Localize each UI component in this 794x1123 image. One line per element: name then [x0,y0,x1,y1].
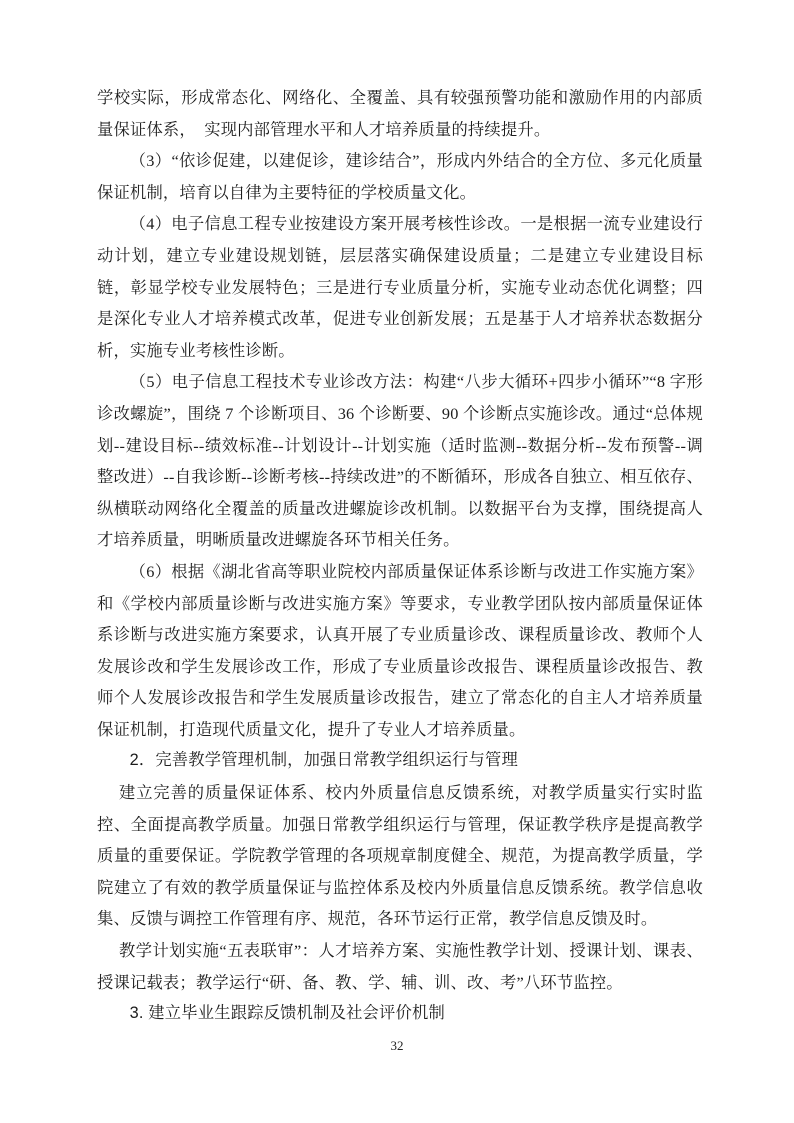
paragraph-item-4: （4）电子信息工程专业按建设方案开展考核性诊改。一是根据一流专业建设行动计划，建… [97,208,703,366]
page-number: 32 [0,1038,794,1054]
document-body: 学校实际，形成常态化、网络化、全覆盖、具有较强预警功能和激励作用的内部质量保证体… [97,82,703,1030]
paragraph-teaching-plan: 教学计划实施“五表联审”：人才培养方案、实施性教学计划、授课计划、课表、授课记载… [97,935,703,998]
document-page: 学校实际，形成常态化、网络化、全覆盖、具有较强预警功能和激励作用的内部质量保证体… [0,0,794,1123]
paragraph-continuation: 学校实际，形成常态化、网络化、全覆盖、具有较强预警功能和激励作用的内部质量保证体… [97,82,703,145]
section-heading-2: 2．完善教学管理机制，加强日常教学组织运行与管理 [97,745,703,777]
paragraph-item-6: （6）根据《湖北省高等职业院校内部质量保证体系诊断与改进工作实施方案》和《学校内… [97,556,703,746]
paragraph-item-3: （3）“依诊促建，以建促诊，建诊结合”，形成内外结合的全方位、多元化质量保证机制… [97,145,703,208]
paragraph-item-5: （5）电子信息工程技术专业诊改方法：构建“八步大循环+四步小循环”“8 字形诊改… [97,366,703,556]
section-heading-3: 3. 建立毕业生跟踪反馈机制及社会评价机制 [97,998,703,1030]
paragraph-quality-system: 建立完善的质量保证体系、校内外质量信息反馈系统，对教学质量实行实时监控、全面提高… [97,777,703,935]
